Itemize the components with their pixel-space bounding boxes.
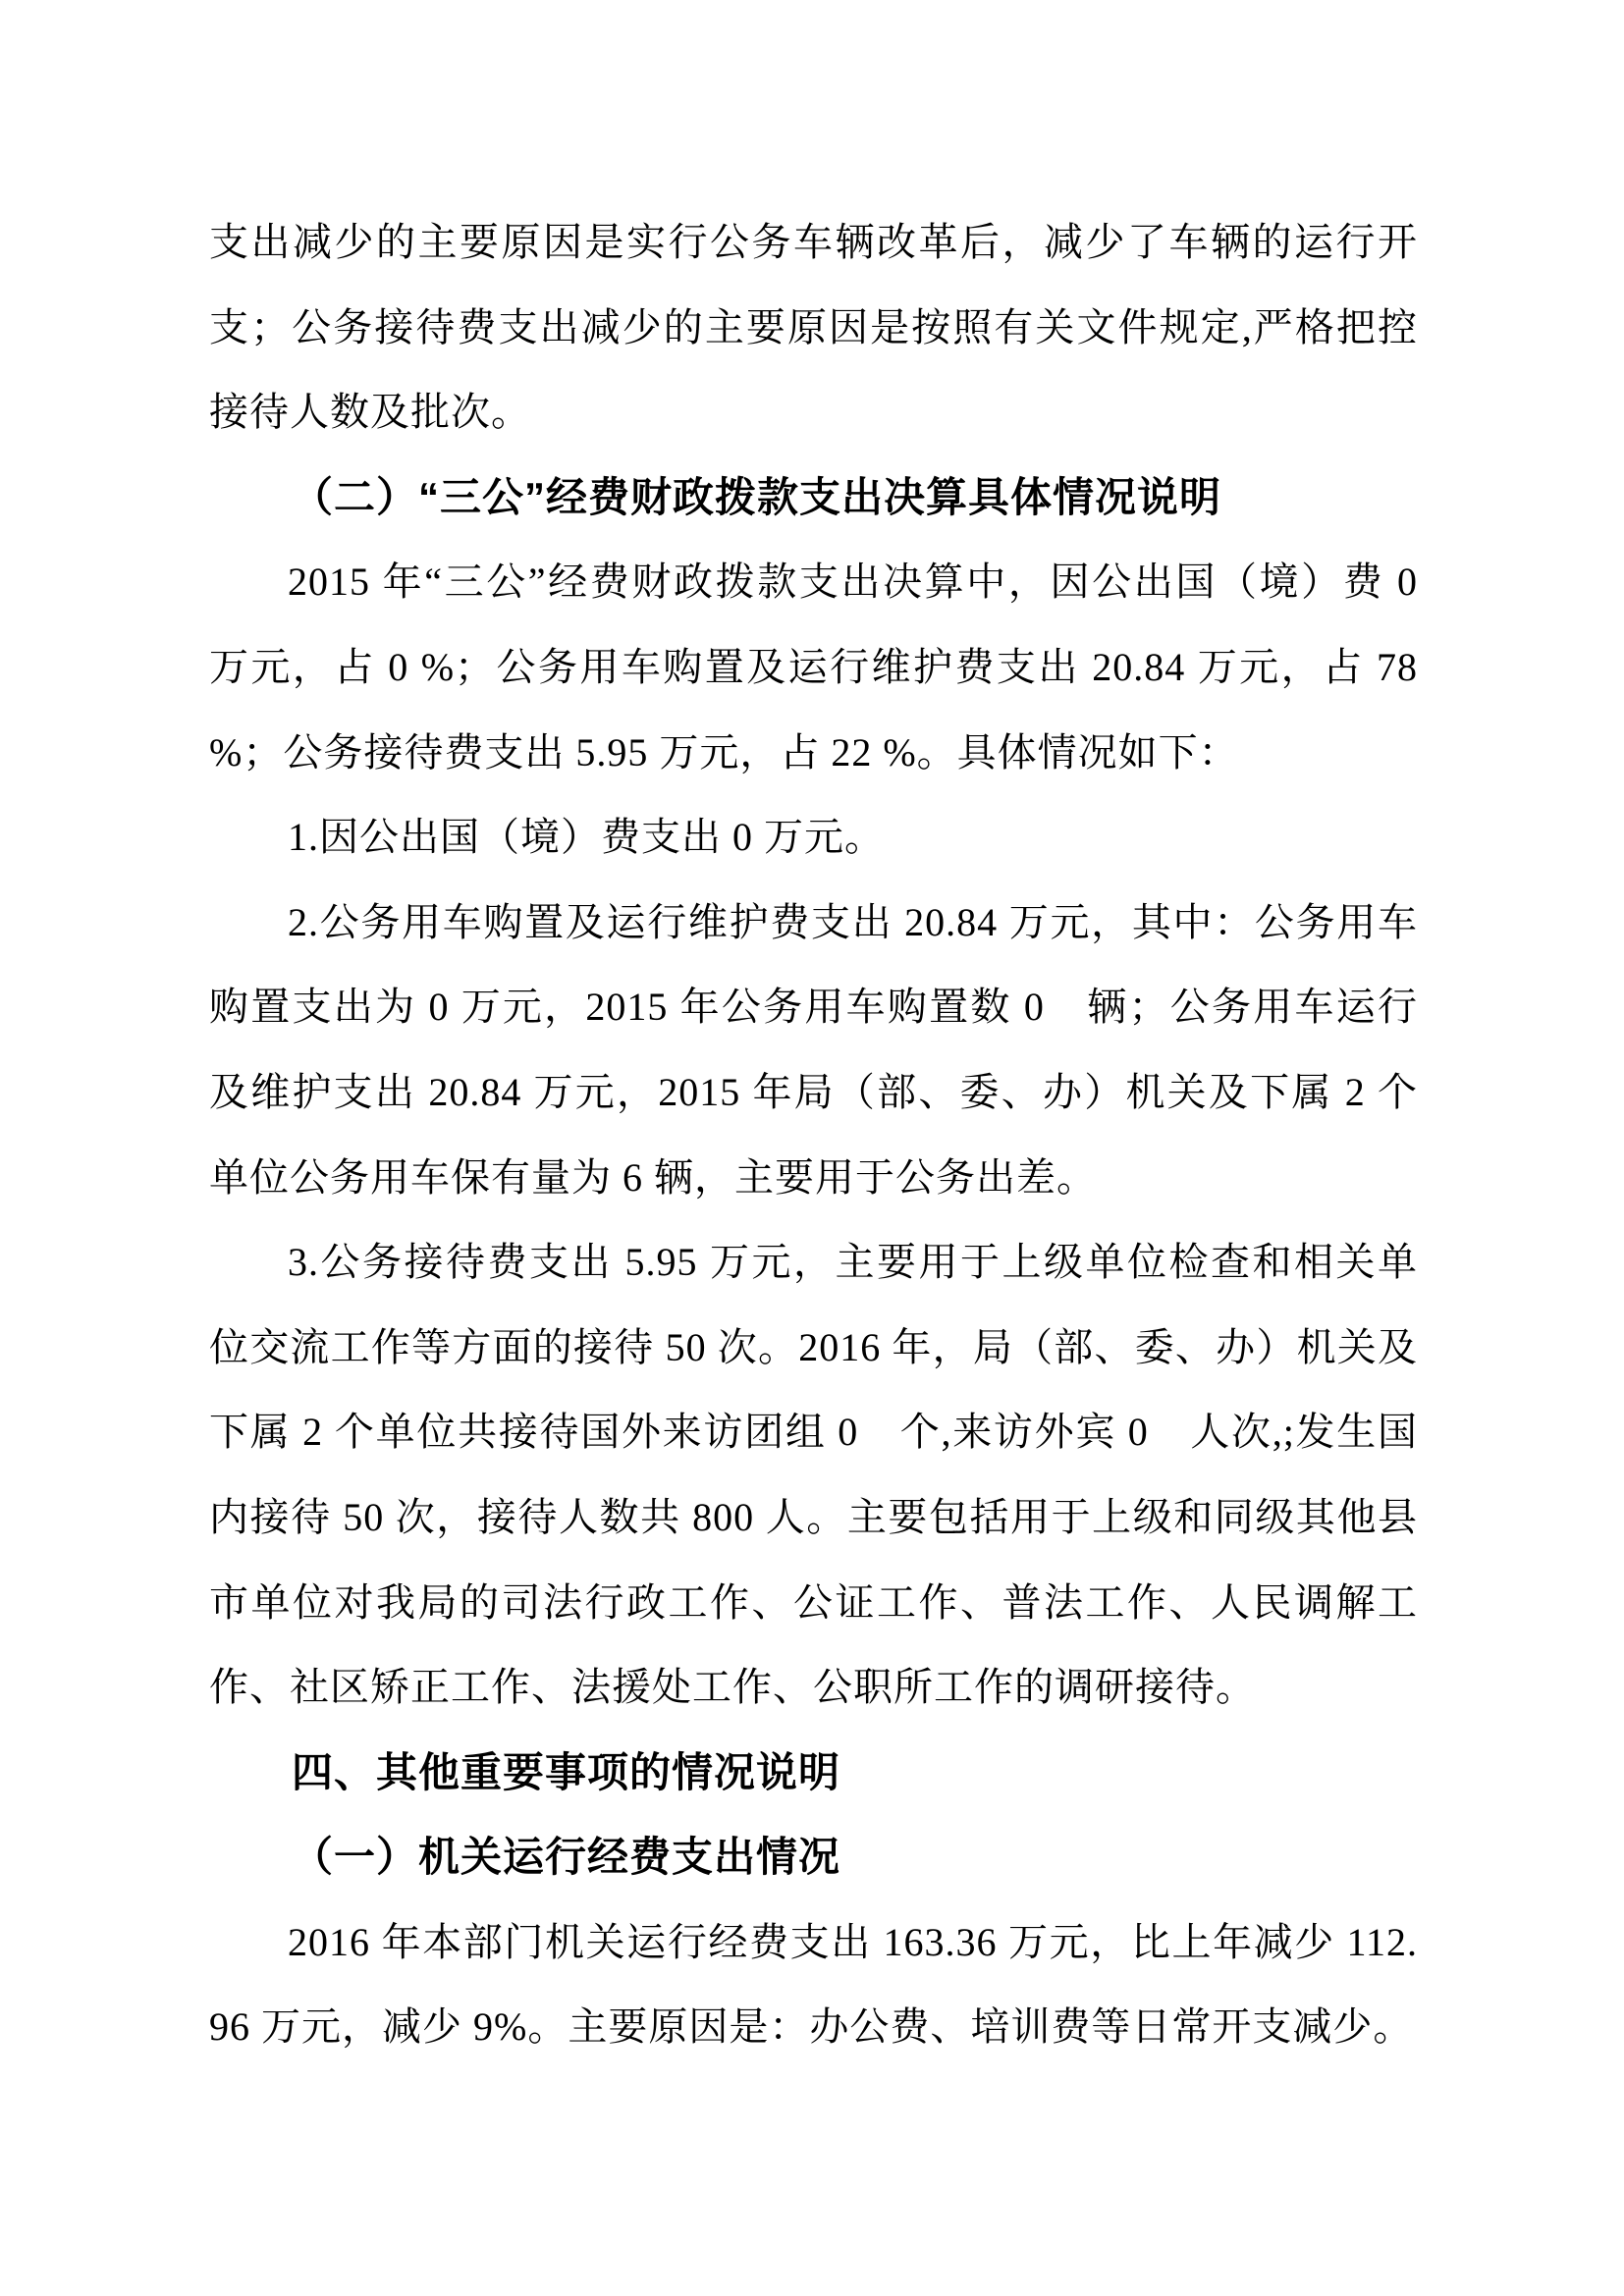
document-page: 支出减少的主要原因是实行公务车辆改革后，减少了车辆的运行开支；公务接待费支出减少… bbox=[0, 0, 1624, 2296]
paragraph-sangong-summary: 2015 年“三公”经费财政拨款支出决算中，因公出国（境）费 0 万元，占 0 … bbox=[209, 540, 1418, 795]
section-heading-other-matters: 四、其他重要事项的情况说明 bbox=[209, 1731, 1418, 1816]
subsection-heading-operating-expense: （一）机关运行经费支出情况 bbox=[209, 1815, 1418, 1900]
section-heading-sangong-detail: （二）“三公”经费财政拨款支出决算具体情况说明 bbox=[209, 455, 1418, 541]
list-item-vehicle-fee: 2.公务用车购置及运行维护费支出 20.84 万元，其中：公务用车购置支出为 0… bbox=[209, 881, 1418, 1220]
list-item-abroad-fee: 1.因公出国（境）费支出 0 万元。 bbox=[209, 795, 1418, 881]
list-item-reception-fee: 3.公务接待费支出 5.95 万元，主要用于上级单位检查和相关单位交流工作等方面… bbox=[209, 1220, 1418, 1731]
carryover-paragraph: 支出减少的主要原因是实行公务车辆改革后，减少了车辆的运行开支；公务接待费支出减少… bbox=[209, 200, 1418, 455]
paragraph-operating-expense: 2016 年本部门机关运行经费支出 163.36 万元，比上年减少 112.96… bbox=[209, 1900, 1418, 2070]
